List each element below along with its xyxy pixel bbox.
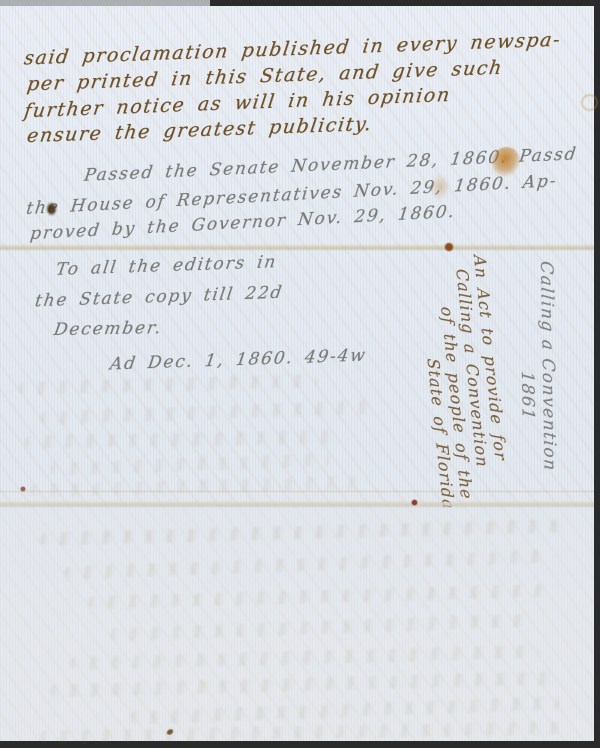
fold-crease-upper [0,244,594,251]
memo-note-line: Ad Dec. 1, 1860. 49-4w [109,345,368,374]
ghost-writing-row [24,430,334,448]
memo-note-line: December. [52,318,163,340]
ink-speck [444,242,454,252]
memo-note-line: To all the editors in [55,252,279,280]
ink-stain [430,174,450,200]
ink-speck [20,486,26,492]
stain-ring [581,94,598,111]
edge-note: Calling a Convention 1861 [514,258,560,472]
ghost-writing-row [30,476,360,498]
ghost-writing-row [40,400,380,425]
edge-note-line: 1861 [514,258,539,470]
ink-speck [46,202,57,216]
ghost-writing-row [50,453,330,476]
fold-crease-faint [0,490,594,493]
docket-title: An Act to provide for Calling a Conventi… [413,255,516,510]
document-photo: said proclamation published in every new… [0,0,600,748]
ghost-writing-row [18,374,318,395]
manuscript-page: said proclamation published in every new… [0,6,594,741]
edge-note-line: Calling a Convention [535,260,560,472]
memo-note-line: the State copy till 22d [34,283,285,312]
ink-speck [411,499,418,506]
